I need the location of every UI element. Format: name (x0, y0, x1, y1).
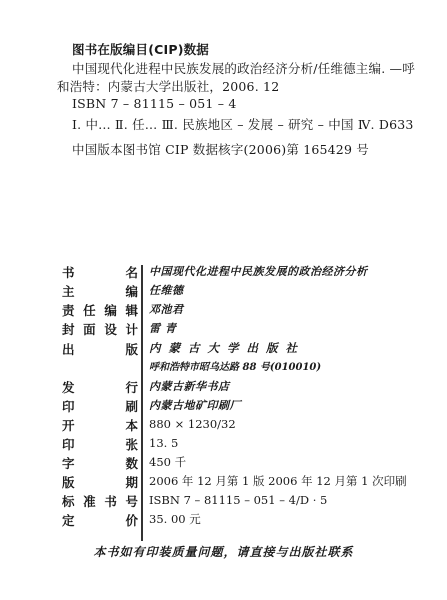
row-value: 880 × 1230/32 (149, 415, 236, 434)
row-label: 出版 (62, 339, 138, 358)
label-char: 版 (125, 340, 138, 358)
cip-heading: 图书在版编目(CIP)数据 (72, 40, 209, 58)
label-char: 准 (83, 492, 96, 510)
colophon-row: 印张13. 5 (62, 434, 422, 453)
label-char: 刷 (125, 397, 138, 415)
label-char: 责 (62, 301, 75, 319)
row-value: 任维德 (149, 281, 184, 300)
colophon-row: 书名中国现代化进程中民族发展的政治经济分析 (62, 262, 422, 281)
row-label: 责任编辑 (62, 300, 138, 319)
label-char: 数 (125, 454, 138, 472)
label-char: 任 (83, 301, 96, 319)
label-char: 开 (62, 416, 75, 434)
row-label: 标准书号 (62, 491, 138, 510)
row-value: 内蒙古大学出版社 (149, 339, 305, 358)
row-value: 13. 5 (149, 434, 178, 453)
label-char: 出 (62, 340, 75, 358)
label-char: 行 (125, 378, 138, 396)
colophon-row: 版期2006 年 12 月第 1 版 2006 年 12 月第 1 次印刷 (62, 472, 422, 491)
label-char: 计 (125, 320, 138, 338)
label-char: 发 (62, 378, 75, 396)
colophon-row: 开本880 × 1230/32 (62, 415, 422, 434)
row-label: 封面设计 (62, 319, 138, 338)
colophon-row: 定价35. 00 元 (62, 510, 422, 529)
row-value: 呼和浩特市昭乌达路 88 号(010010) (149, 358, 321, 377)
row-label: 版期 (62, 472, 138, 491)
row-value: 雷 青 (149, 319, 176, 338)
colophon-row: 发行内蒙古新华书店 (62, 377, 422, 396)
row-value: 内蒙古新华书店 (149, 377, 230, 396)
label-char: 封 (62, 320, 75, 338)
row-value: 内蒙古地矿印刷厂 (149, 396, 241, 415)
label-char: 期 (125, 473, 138, 491)
row-value: 2006 年 12 月第 1 版 2006 年 12 月第 1 次印刷 (149, 472, 407, 491)
label-char: 名 (125, 263, 138, 281)
colophon-row: 标准书号ISBN 7 – 81115 – 051 – 4/D · 5 (62, 491, 422, 510)
label-char: 定 (62, 511, 75, 529)
row-label: 发行 (62, 377, 138, 396)
label-char: 号 (125, 492, 138, 510)
cip-publisher-line: 和浩特：内蒙古大学出版社，2006. 12 (57, 77, 279, 95)
row-value: 35. 00 元 (149, 510, 201, 529)
row-label: 印张 (62, 434, 138, 453)
label-char: 编 (104, 301, 117, 319)
cip-title-line: 中国现代化进程中民族发展的政治经济分析/任维德主编. —呼 (72, 59, 415, 77)
label-char: 印 (62, 397, 75, 415)
cip-classification: Ⅰ. 中… Ⅱ. 任… Ⅲ. 民族地区 – 发展 – 研究 – 中国 Ⅳ. D6… (72, 115, 414, 133)
row-label: 印刷 (62, 396, 138, 415)
label-char: 标 (62, 492, 75, 510)
row-value: 中国现代化进程中民族发展的政治经济分析 (149, 262, 368, 281)
row-value: 邓池君 (149, 300, 184, 319)
label-char: 设 (104, 320, 117, 338)
cip-number: 中国版本图书馆 CIP 数据核字(2006)第 165429 号 (72, 140, 369, 158)
quality-notice: 本书如有印装质量问题，请直接与出版社联系 (0, 543, 447, 560)
label-char: 价 (125, 511, 138, 529)
label-char: 主 (62, 282, 75, 300)
row-value: ISBN 7 – 81115 – 051 – 4/D · 5 (149, 491, 327, 510)
row-label: 开本 (62, 415, 138, 434)
row-value: 450 千 (149, 453, 186, 472)
row-label: 字数 (62, 453, 138, 472)
colophon-row: 封面设计雷 青 (62, 319, 422, 338)
label-char: 书 (104, 492, 117, 510)
label-char: 版 (62, 473, 75, 491)
colophon-row: 字数450 千 (62, 453, 422, 472)
label-char: 辑 (125, 301, 138, 319)
label-char: 张 (125, 435, 138, 453)
colophon-row: 责任编辑邓池君 (62, 300, 422, 319)
colophon-row: 出版内蒙古大学出版社 (62, 339, 422, 358)
row-label: 主编 (62, 281, 138, 300)
row-label: 定价 (62, 510, 138, 529)
colophon-row: 印刷内蒙古地矿印刷厂 (62, 396, 422, 415)
label-char: 印 (62, 435, 75, 453)
row-label: 书名 (62, 262, 138, 281)
cip-isbn: ISBN 7 – 81115 – 051 – 4 (72, 96, 237, 111)
label-char: 书 (62, 263, 75, 281)
label-char: 面 (83, 320, 96, 338)
colophon-row: 主编任维德 (62, 281, 422, 300)
row-label (62, 358, 138, 377)
label-char: 编 (125, 282, 138, 300)
colophon-row: 呼和浩特市昭乌达路 88 号(010010) (62, 358, 422, 377)
label-char: 本 (125, 416, 138, 434)
label-char: 字 (62, 454, 75, 472)
